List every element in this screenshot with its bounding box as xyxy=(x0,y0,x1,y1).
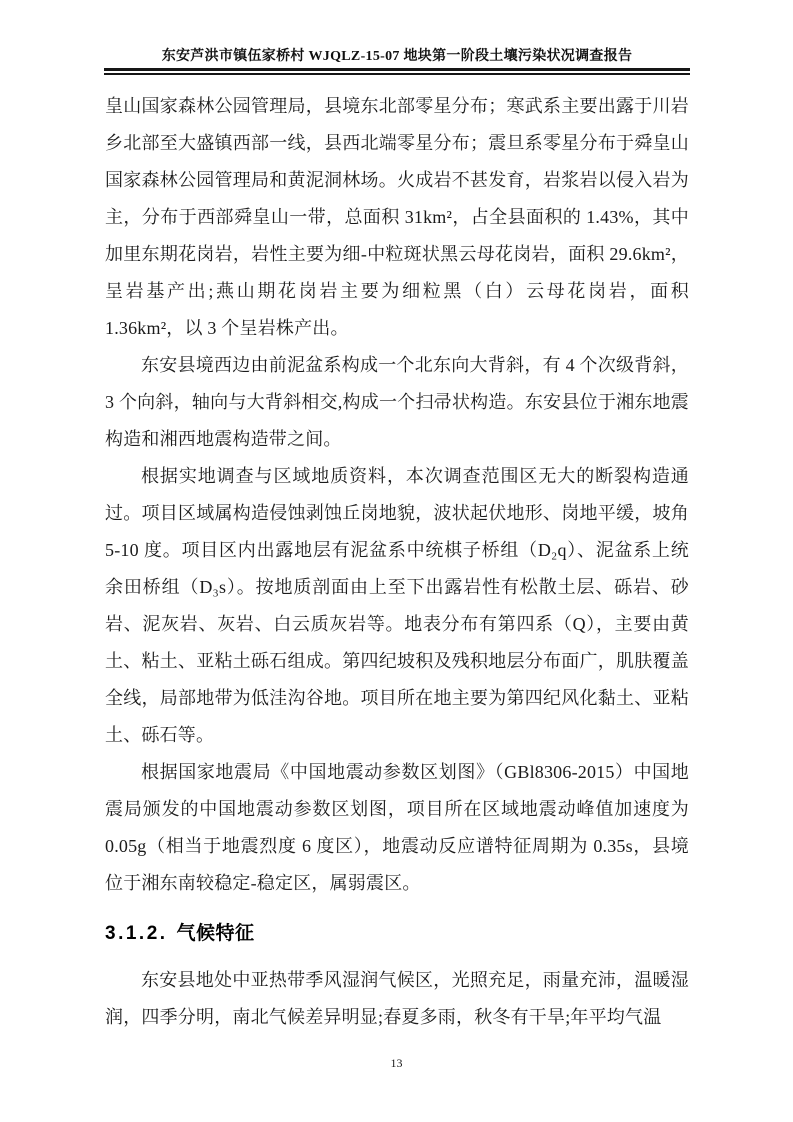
report-page: 东安芦洪市镇伍家桥村 WJQLZ-15-07 地块第一阶段土壤污染状况调查报告 … xyxy=(0,0,793,1122)
paragraph-geology-continued: 皇山国家森林公园管理局，县境东北部零星分布；寒武系主要出露于川岩乡北部至大盛镇西… xyxy=(105,88,689,347)
paragraph-seismic-parameters: 根据国家地震局《中国地震动参数区划图》（GBl8306-2015）中国地震局颁发… xyxy=(105,754,689,902)
running-header-title: 东安芦洪市镇伍家桥村 WJQLZ-15-07 地块第一阶段土壤污染状况调查报告 xyxy=(104,48,690,65)
page-number: 13 xyxy=(391,1056,403,1070)
section-heading-3-1-2: 3.1.2.气候特征 xyxy=(105,915,689,952)
section-title: 气候特征 xyxy=(177,923,255,944)
paragraph-geologic-structure: 东安县境西边由前泥盆系构成一个北东向大背斜，有 4 个次级背斜，3 个向斜，轴向… xyxy=(105,347,689,458)
page-header: 东安芦洪市镇伍家桥村 WJQLZ-15-07 地块第一阶段土壤污染状况调查报告 xyxy=(104,48,690,75)
paragraph-site-geology-survey: 根据实地调查与区域地质资料，本次调查范围区无大的断裂构造通过。项目区域属构造侵蚀… xyxy=(105,458,689,754)
page-body: 皇山国家森林公园管理局，县境东北部零星分布；寒武系主要出露于川岩乡北部至大盛镇西… xyxy=(105,88,689,1036)
section-number: 3.1.2. xyxy=(105,923,168,944)
paragraph-climate-features: 东安县地处中亚热带季风湿润气候区，光照充足，雨量充沛，温暖湿润，四季分明，南北气… xyxy=(105,962,689,1036)
page-footer: 13 xyxy=(0,1054,793,1072)
header-double-rule xyxy=(104,68,690,75)
